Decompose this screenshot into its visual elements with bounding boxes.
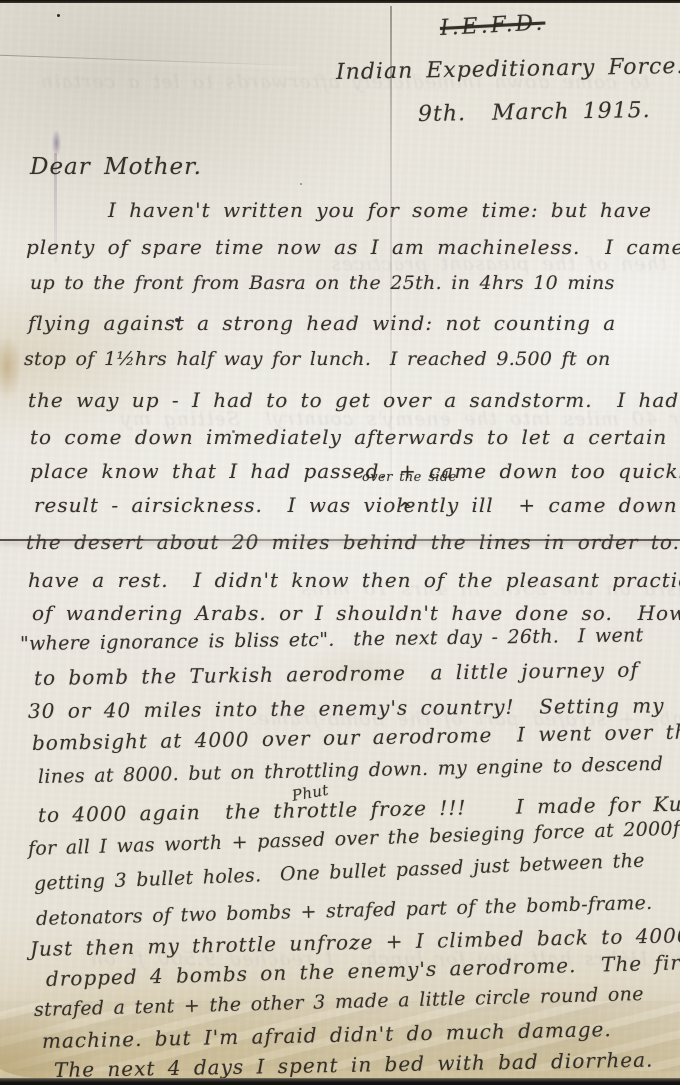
letter-line: I haven't written you for some time: but… bbox=[108, 198, 652, 222]
letter-line: plenty of spare time now as I am machine… bbox=[26, 235, 680, 259]
scanned-letter-page: to come down immediately afterwards to l… bbox=[0, 0, 680, 1085]
letter-line: have a rest. I didn't know then of the p… bbox=[28, 568, 680, 592]
letter-line: result - airsickness. I was violently il… bbox=[34, 493, 680, 517]
insertion-over-the-side: over the side bbox=[362, 470, 457, 485]
letter-line: bombsight at 4000 over our aerodrome I w… bbox=[32, 719, 680, 755]
date-line: 9th. March 1915. bbox=[418, 98, 651, 127]
letter-line: place know that I had passed. + came dow… bbox=[30, 459, 680, 483]
letter-line: "where ignorance is bliss etc". the next… bbox=[20, 624, 644, 655]
letter-line: lines at 8000. but on throttling down. m… bbox=[38, 753, 664, 788]
caret-mark: ^ bbox=[398, 499, 413, 519]
fold-crease-top bbox=[0, 55, 300, 66]
unit-line: Indian Expeditionary Force. 'D' bbox=[336, 53, 680, 85]
crossed-out-header: I.E.F.D. bbox=[439, 10, 546, 40]
fold-crease-horizontal bbox=[0, 539, 680, 541]
ink-speck bbox=[57, 14, 60, 17]
letter-line: the way up - I had to to get over a sand… bbox=[28, 388, 679, 412]
letter-line: up to the front from Basra on the 25th. … bbox=[30, 272, 615, 294]
letter-line: to bomb the Turkish aerodrome a little j… bbox=[34, 658, 639, 690]
ink-speck bbox=[300, 183, 302, 185]
stain bbox=[0, 335, 22, 399]
scan-edge-bottom bbox=[0, 1078, 680, 1085]
letter-line: the desert about 20 miles behind the lin… bbox=[26, 530, 680, 554]
letter-line: 30 or 40 miles into the enemy's country!… bbox=[28, 693, 665, 723]
letter-line: detonators of two bombs + strafed part o… bbox=[36, 892, 653, 930]
letter-line: to come down immediately afterwards to l… bbox=[30, 425, 667, 449]
salutation: Dear Mother. bbox=[30, 154, 202, 180]
letter-line: stop of 1½hrs half way for lunch. I reac… bbox=[24, 348, 611, 370]
letter-line: of wandering Arabs. or I shouldn't have … bbox=[32, 601, 680, 625]
letter-line: flying against a strong head wind: not c… bbox=[28, 311, 616, 335]
pencil-smudge bbox=[52, 130, 61, 156]
paper: to come down immediately afterwards to l… bbox=[0, 3, 680, 1078]
